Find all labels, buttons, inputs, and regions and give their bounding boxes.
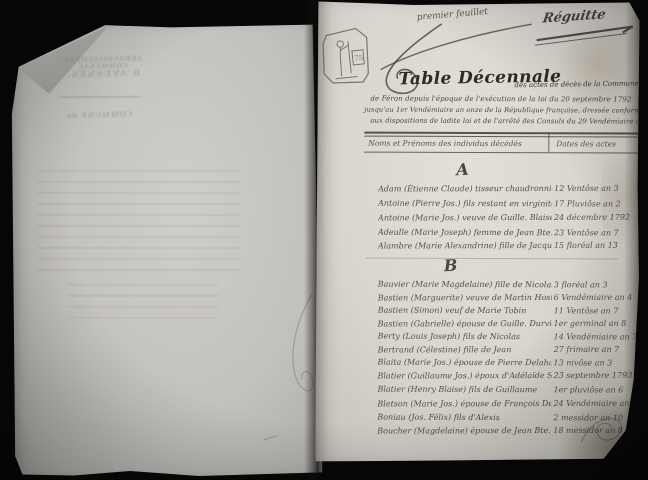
table-row: Bertrand (Célestine) fille de Jean 27 fr… [378, 345, 640, 358]
pencil-mark [264, 435, 278, 440]
torn-right-edge [623, 3, 641, 463]
table-row: Blatier (Guillaume Jos.) époux d'Adélaïd… [377, 371, 639, 384]
bleedthrough-footer-smudge [68, 284, 218, 318]
entry-name: Antoine (Pierre Jos.) fils restant en vi… [378, 199, 552, 209]
entry-name: Boucher (Magdelaine) épouse de Jean Bte.… [377, 426, 551, 435]
left-cover-page: ARRONDISSEMENT COMMUNAL D'AVESNES. COMMU… [8, 21, 323, 479]
table-row: Bastien (Gabrielle) épouse de Guille. Du… [378, 319, 640, 332]
entry-name: Bastien (Gabrielle) épouse de Guille. Du… [378, 319, 552, 328]
table-row: Bastien (Simon) veuf de Marie Tobin 11 V… [378, 306, 640, 319]
table-row: Bauvier (Marie Magdelaine) fille de Nico… [378, 280, 640, 293]
entry-name: Boniau (Jos. Félix) fils d'Alexis [377, 413, 499, 422]
entry-name: Blatier (Guillaume Jos.) époux d'Adélaïd… [377, 371, 551, 380]
bleedthrough-paragraph-smudge [38, 170, 240, 274]
entry-name: Alambre (Marie Alexandrine) fille de Jac… [378, 241, 552, 250]
table-row: Adam (Étienne Claude) tisseur chaudronni… [378, 184, 640, 197]
table-row: Adeulle (Marie Joseph) femme de Jean Bte… [378, 228, 640, 241]
entry-name: Bastien (Simon) veuf de Marie Tobin [378, 306, 527, 316]
entry-name: Bertrand (Célestine) fille de Jean [378, 345, 512, 354]
entry-name: Adeulle (Marie Joseph) femme de Jean Bte… [378, 228, 552, 238]
entry-name: Berty (Louis Joseph) fils de Nicolas [378, 332, 520, 341]
table-row: Berty (Louis Joseph) fils de Nicolas 14 … [378, 332, 640, 345]
table-row: Antoine (Marie Jos.) veuve de Guille. Bl… [378, 213, 640, 226]
table-row: Antoine (Pierre Jos.) fils restant en vi… [378, 199, 640, 212]
entry-name: Blaita (Marie Jos.) épouse de Pierre Del… [378, 358, 552, 368]
entry-name: Blatier (Henry Blaise) fils de Guillaume [377, 385, 537, 395]
bleedthrough-commune: COMMUNE de [51, 109, 147, 120]
table-row: Bastien (Marguerite) veuve de Martin Hos… [378, 293, 640, 306]
entry-name: Antoine (Marie Jos.) veuve de Guille. Bl… [378, 213, 552, 222]
entry-name: Adam (Étienne Claude) tisseur chaudronni… [378, 184, 552, 193]
table-row: Blaita (Marie Jos.) épouse de Pierre Del… [378, 358, 640, 371]
entry-name: Bastien (Marguerite) veuve de Martin Hos… [378, 293, 552, 302]
bleedthrough-avesnes: D'AVESNES. [53, 67, 153, 79]
entry-name: Bletson (Marie Jos.) épouse de François … [377, 399, 551, 408]
bleedthrough-rule [59, 96, 141, 98]
entry-name: Bauvier (Marie Magdelaine) fille de Nico… [378, 280, 552, 290]
manuscript-page: 75 premier feuillet Réguitte Table Décen… [315, 1, 641, 462]
table-row: Alambre (Marie Alexandrine) fille de Jac… [378, 241, 640, 254]
archive-scan: ARRONDISSEMENT COMMUNAL D'AVESNES. COMMU… [0, 0, 648, 480]
